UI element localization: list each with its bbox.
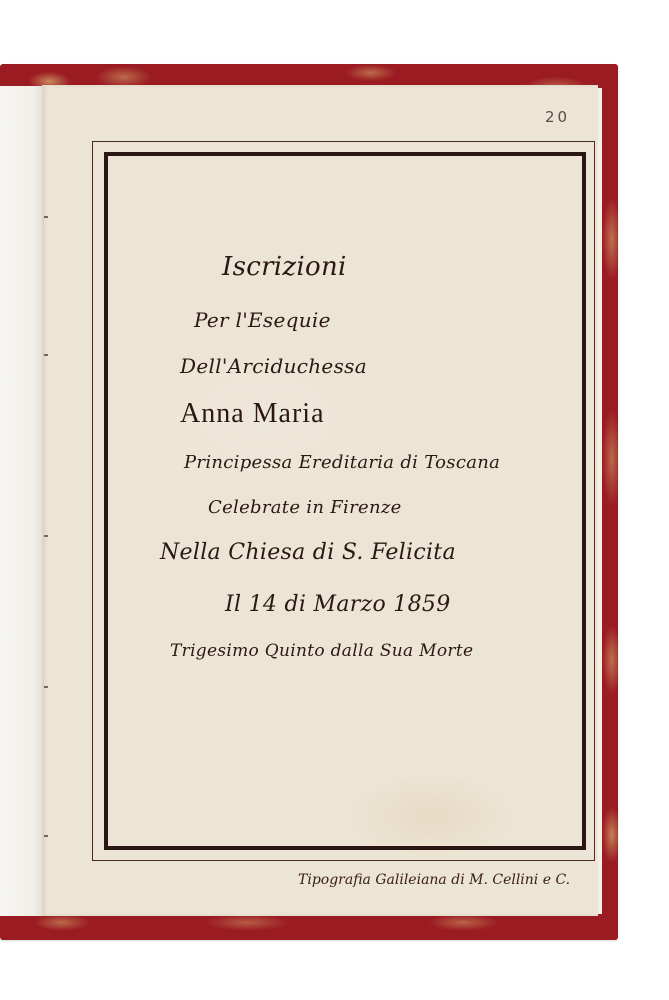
inscription-line: Nella Chiesa di S. Felicita xyxy=(160,540,456,565)
inscription-title: Iscrizioni xyxy=(222,252,347,282)
inscription-name: Anna Maria xyxy=(180,398,325,430)
binding-stitch-mark xyxy=(44,835,48,837)
binding-stitch-mark xyxy=(44,216,48,218)
printer-imprint: Tipografia Galileiana di M. Cellini e C. xyxy=(298,872,570,888)
inscription-line: Celebrate in Firenze xyxy=(208,497,402,518)
inscription-line: Trigesimo Quinto dalla Sua Morte xyxy=(170,641,473,661)
page-edge xyxy=(598,88,602,914)
binding-stitch-mark xyxy=(44,354,48,356)
inscription-date: Il 14 di Marzo 1859 xyxy=(225,592,451,617)
binding-stitch-mark xyxy=(44,686,48,688)
inscription-line: Dell'Arciduchessa xyxy=(180,354,367,378)
facing-page-left xyxy=(0,86,42,916)
inscription-line: Principessa Ereditaria di Toscana xyxy=(184,452,500,473)
inscription-line: Per l'Esequie xyxy=(194,308,331,332)
folio-number: 20 xyxy=(545,108,570,126)
binding-stitch-mark xyxy=(44,535,48,537)
